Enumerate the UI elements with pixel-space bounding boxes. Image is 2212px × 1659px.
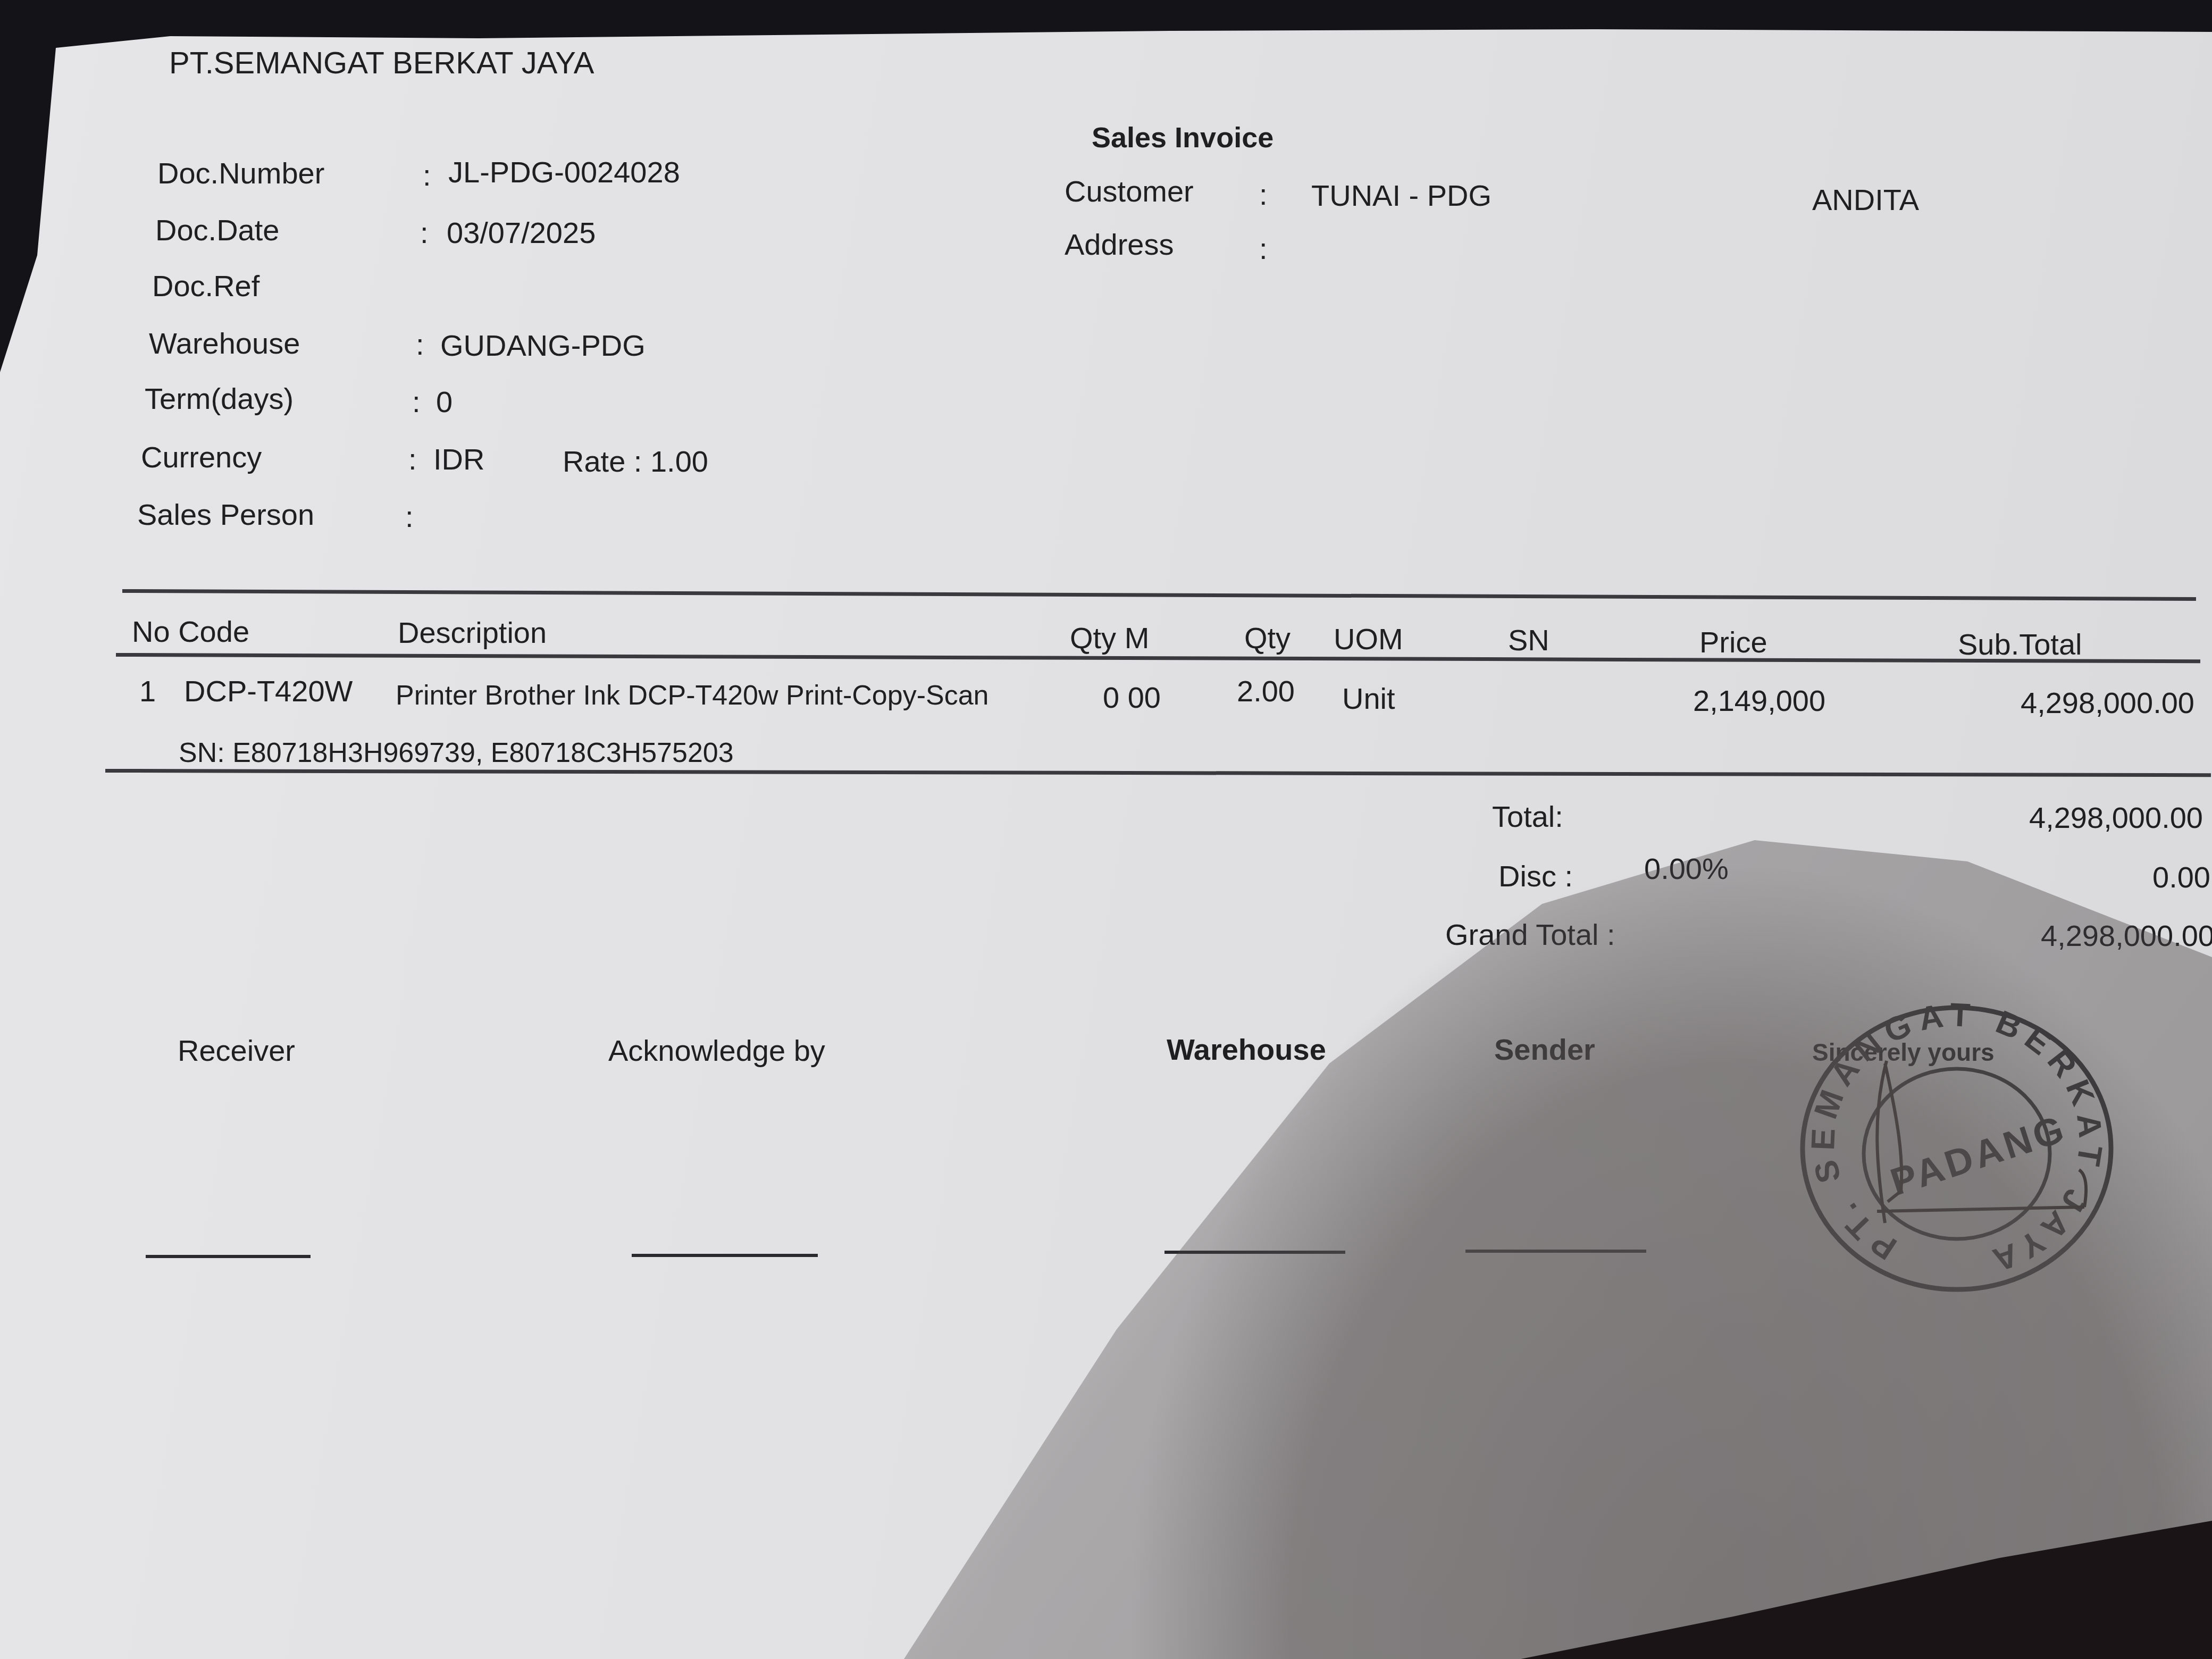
sender-label: Sender — [1494, 1035, 1595, 1065]
term-value: 0 — [436, 387, 453, 417]
row-price: 2,149,000 — [1693, 686, 1825, 716]
company-name: PT.SEMANGAT BERKAT JAYA — [169, 48, 594, 79]
disc-value: 0.00 — [2152, 862, 2210, 892]
doc-ref-label: Doc.Ref — [152, 271, 259, 301]
row-no: 1 — [139, 676, 156, 706]
document-title: Sales Invoice — [1092, 123, 1273, 152]
row-qty: 2.00 — [1237, 676, 1295, 706]
currency-value: IDR — [433, 445, 484, 474]
sales-person-label: Sales Person — [137, 500, 314, 530]
warehouse-label: Warehouse — [149, 329, 300, 358]
col-price: Price — [1699, 627, 1767, 657]
row-qty-m: 0 00 — [1103, 683, 1161, 713]
warehouse-sign-label: Warehouse — [1167, 1035, 1326, 1065]
customer-sep: : — [1259, 180, 1268, 210]
doc-number-value: JL-PDG-0024028 — [448, 157, 680, 187]
row-subtotal: 4,298,000.00 — [2021, 688, 2194, 718]
disc-percent: 0.00% — [1644, 854, 1729, 884]
doc-date-sep: : — [420, 218, 429, 248]
grand-total-value: 4,298,000.00 — [2041, 921, 2212, 951]
doc-number-sep: : — [423, 161, 431, 190]
warehouse-sep: : — [416, 330, 424, 359]
customer-value: TUNAI - PDG — [1311, 181, 1492, 211]
doc-date-label: Doc.Date — [155, 215, 279, 245]
grand-total-label: Grand Total : — [1445, 920, 1615, 950]
term-sep: : — [412, 387, 421, 417]
term-label: Term(days) — [145, 384, 294, 414]
col-no-code: No Code — [132, 617, 249, 647]
address-label: Address — [1065, 230, 1174, 259]
col-qty-m: Qty M — [1070, 623, 1149, 653]
row-uom: Unit — [1342, 684, 1395, 714]
row-code: DCP-T420W — [184, 676, 353, 706]
col-uom: UOM — [1334, 624, 1403, 654]
receiver-signature-line — [146, 1255, 311, 1258]
acknowledge-label: Acknowledge by — [608, 1036, 825, 1066]
receiver-label: Receiver — [178, 1036, 295, 1066]
sender-signature-line — [1465, 1250, 1646, 1253]
company-stamp: PT. SEMANGAT BERKAT JAYA ★ PADANG — [1797, 1000, 2116, 1297]
row-serial-numbers: SN: E80718H3H969739, E80718C3H575203 — [179, 739, 734, 767]
currency-label: Currency — [141, 442, 262, 472]
warehouse-signature-line — [1164, 1251, 1345, 1254]
doc-number-label: Doc.Number — [157, 158, 324, 188]
customer-name: ANDITA — [1812, 185, 1919, 215]
warehouse-value: GUDANG-PDG — [440, 331, 646, 361]
col-subtotal: Sub.Total — [1958, 630, 2082, 659]
total-label: Total: — [1492, 802, 1563, 832]
rate: Rate : 1.00 — [563, 447, 708, 476]
stamp-center-text: PADANG — [1886, 1107, 2072, 1204]
col-qty: Qty — [1244, 623, 1291, 653]
customer-label: Customer — [1065, 177, 1194, 206]
col-sn: SN — [1508, 625, 1549, 655]
doc-date-value: 03/07/2025 — [447, 218, 596, 248]
col-description: Description — [398, 618, 547, 648]
disc-label: Disc : — [1498, 861, 1573, 891]
sales-person-sep: : — [405, 502, 414, 532]
total-value: 4,298,000.00 — [2029, 803, 2203, 833]
acknowledge-signature-line — [632, 1254, 818, 1257]
address-sep: : — [1259, 234, 1268, 264]
row-description: Printer Brother Ink DCP-T420w Print-Copy… — [396, 682, 989, 709]
currency-sep: : — [408, 445, 417, 474]
